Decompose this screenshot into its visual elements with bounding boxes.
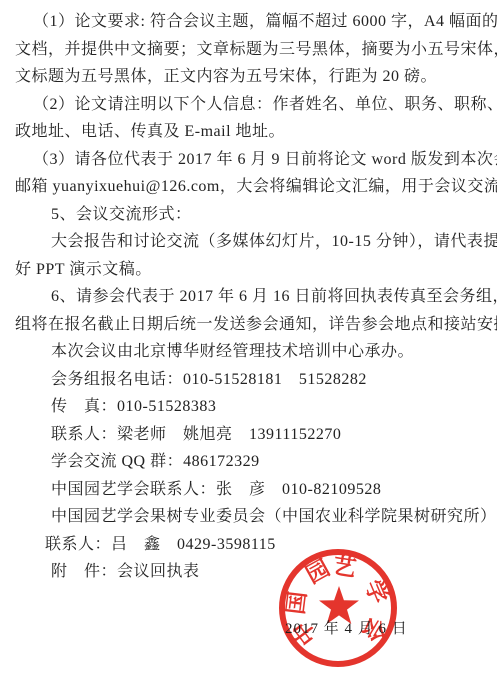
text-line: 邮箱 yuanyixuehui@126.com，大会将编辑论文汇编，用于会议交流… <box>15 173 497 201</box>
text-line: 本次会议由北京博华财经管理技术培训中心承办。 <box>51 338 497 366</box>
text-line: 联系人：梁老师 姚旭亮 13911152270 <box>51 421 497 449</box>
text-line: 政地址、电话、传真及 E-mail 地址。 <box>15 118 497 146</box>
document-body: （1）论文要求: 符合会议主题，篇幅不超过 6000 字，A4 幅面的 WORD… <box>0 8 497 586</box>
text-line: 大会报告和讨论交流（多媒体幻灯片，10-15 分钟），请代表提前做 <box>51 228 497 256</box>
text-line: 文档，并提供中文摘要；文章标题为三号黑体，摘要为小五号宋体，正 <box>15 36 497 64</box>
text-line: 会务组报名电话：010-51528181 51528282 <box>51 366 497 394</box>
text-line: 中国园艺学会联系人：张 彦 010-82109528 <box>51 476 497 504</box>
text-line: 组将在报名截止日期后统一发送参会通知，详告参会地点和接站安排。 <box>15 311 497 339</box>
text-line: 中国园艺学会果树专业委员会（中国农业科学院果树研究所） <box>51 503 497 531</box>
text-line: 学会交流 QQ 群：486172329 <box>51 448 497 476</box>
text-line: 好 PPT 演示文稿。 <box>15 256 497 284</box>
text-line: 传 真：010-51528383 <box>51 393 497 421</box>
text-line: （3）请各位代表于 2017 年 6 月 9 日前将论文 word 版发到本次会… <box>33 146 497 174</box>
text-line: 5、会议交流形式： <box>51 201 497 229</box>
document-page: （1）论文要求: 符合会议主题，篇幅不超过 6000 字，A4 幅面的 WORD… <box>0 0 497 696</box>
text-line: （2）论文请注明以下个人信息：作者姓名、单位、职务、职称、邮 <box>33 91 497 119</box>
seal-character: 国 <box>283 590 311 616</box>
seal-character: 艺 <box>331 553 358 581</box>
official-seal: 中国园艺学会 <box>268 538 408 678</box>
text-line: 文标题为五号黑体，正文内容为五号宋体，行距为 20 磅。 <box>15 63 497 91</box>
official-seal-graphic: 中国园艺学会 <box>268 538 408 678</box>
text-line: 6、请参会代表于 2017 年 6 月 16 日前将回执表传真至会务组，会务 <box>51 283 497 311</box>
text-line: （1）论文要求: 符合会议主题，篇幅不超过 6000 字，A4 幅面的 WORD <box>33 8 497 36</box>
signature-date: 2017 年 4 月 6 日 <box>285 617 408 638</box>
